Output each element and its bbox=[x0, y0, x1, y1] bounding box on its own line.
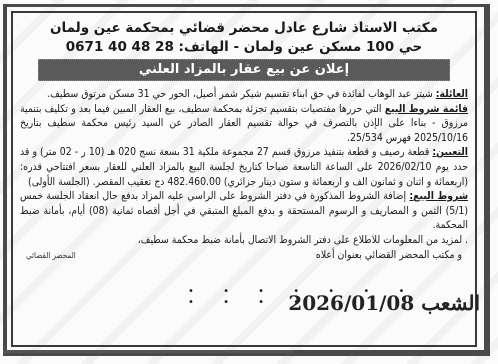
newspaper-name: الشعب bbox=[421, 291, 480, 315]
label-conditions-list: قائمة شروط البيع bbox=[385, 103, 468, 115]
paragraph-bailiff-office: و مكتب المحضر القضائي بعنوان أعلاه bbox=[316, 248, 462, 263]
paragraph-more-info: . لمزيد من المعلومات للاطلاع على دفتر ال… bbox=[20, 233, 468, 248]
office-address-line: مكتب الاستاذ شارع عادل محضر قضائي بمحكمة… bbox=[14, 19, 474, 38]
paragraph-designation: التعيين: قطعة رصيف و قطعة بتنفيذ مرزوق ق… bbox=[20, 145, 468, 189]
publication-line: الشعب 2026/01/08 bbox=[288, 290, 480, 316]
text-sale-conditions: إضافة الشروط المذكورة في دفتر الشروط على… bbox=[20, 190, 468, 231]
paragraph-sale-conditions: شروط البيع: إضافة الشروط المذكورة في دفت… bbox=[20, 189, 468, 233]
label-designation: التعيين: bbox=[432, 146, 468, 158]
text-family: شيتر عبد الوهاب لفائدة في حق ابناء تقسيم… bbox=[47, 88, 433, 100]
announcement-body: العائلة: شيتر عبد الوهاب لفائدة في حق اب… bbox=[20, 87, 468, 263]
publication-date: 2026/01/08 bbox=[288, 291, 414, 315]
paragraph-family: العائلة: شيتر عبد الوهاب لفائدة في حق اب… bbox=[20, 87, 468, 102]
signature-label: المحضر القضائي bbox=[26, 249, 76, 264]
announcement-title-banner: إعلان عن بيع عقار بالمزاد العلني bbox=[38, 59, 450, 81]
label-family: العائلة: bbox=[436, 88, 468, 100]
text-designation: قطعة رصيف و قطعة بتنفيذ مرزوق قسم 27 مجم… bbox=[20, 146, 468, 187]
paragraph-conditions-list: قائمة شروط البيع التي حررها مفتصيات بتقس… bbox=[20, 102, 468, 146]
label-sale-conditions: شروط البيع: bbox=[409, 190, 468, 202]
bottom-rule bbox=[3, 350, 293, 353]
office-phone-line: حي 100 مسكن عين ولمان - الهاتف: 28 48 40… bbox=[14, 38, 474, 57]
closing-row: و مكتب المحضر القضائي بعنوان أعلاه المحض… bbox=[26, 248, 462, 264]
